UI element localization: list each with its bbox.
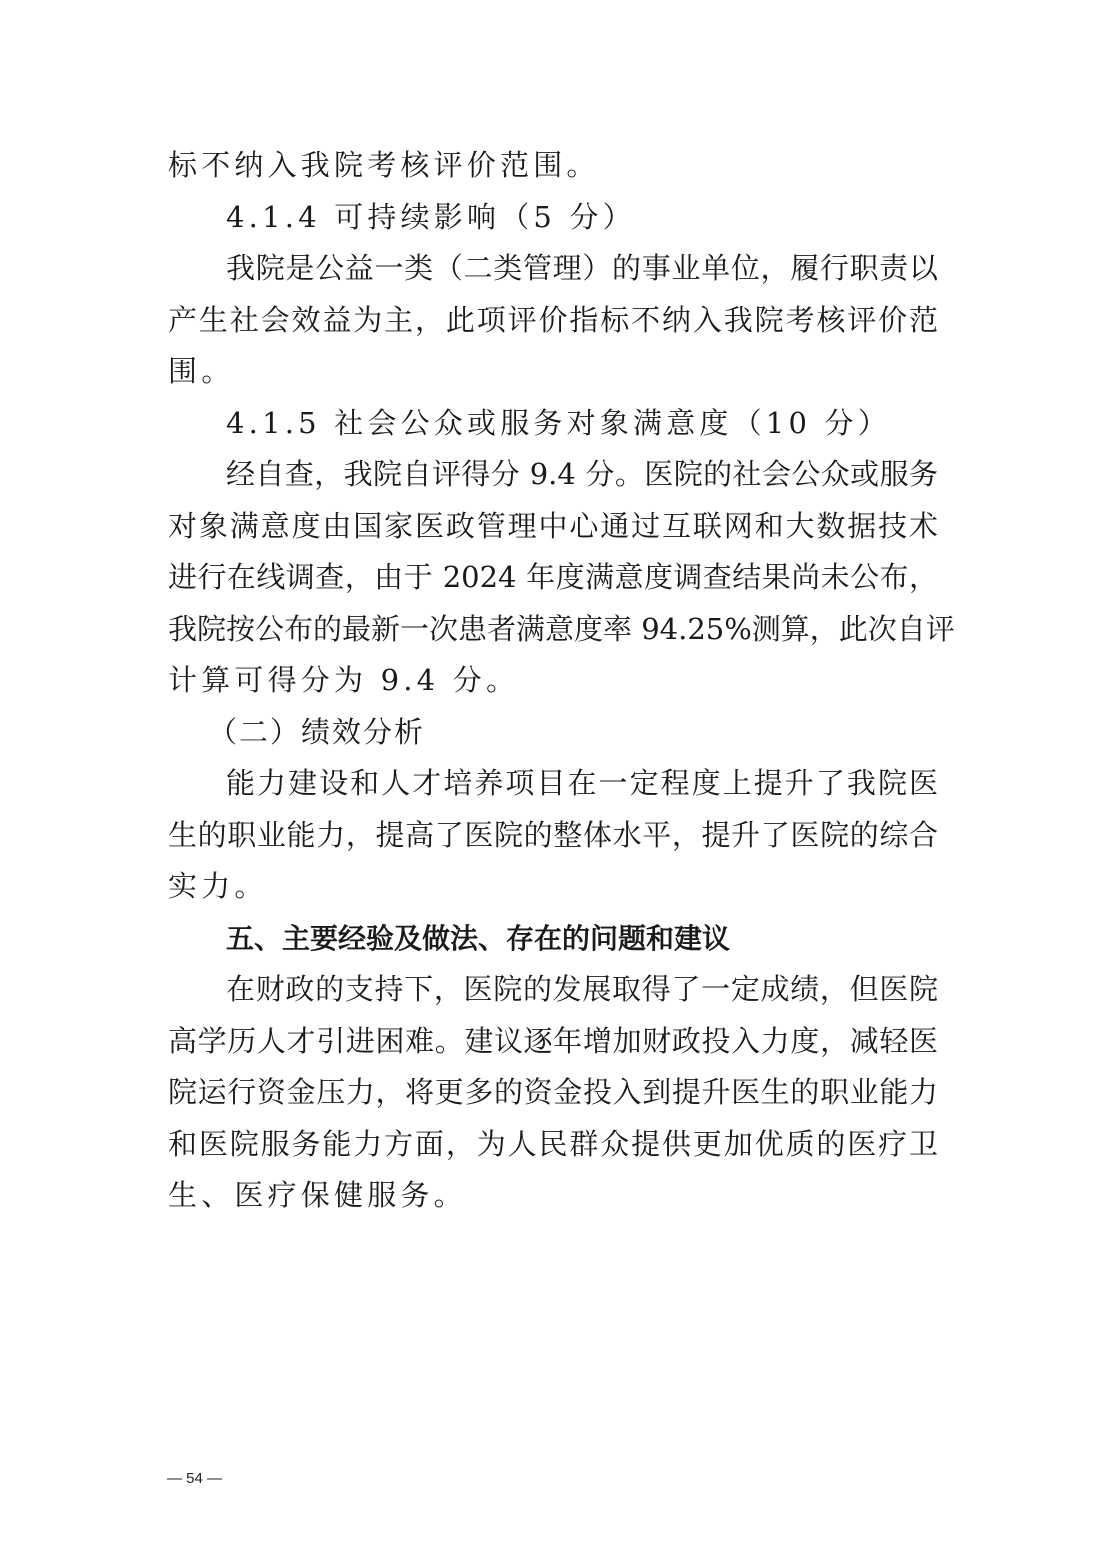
paragraph-line: 进行在线调查，由于 2024 年度满意度调查结果尚未公布， (168, 552, 938, 604)
paragraph-line: 高学历人才引进困难。建议逐年增加财政投入力度，减轻医 (168, 1016, 938, 1068)
paragraph-line: 围。 (168, 346, 938, 398)
paragraph-line: 院运行资金压力，将更多的资金投入到提升医生的职业能力 (168, 1067, 938, 1119)
paragraph-line: 在财政的支持下，医院的发展取得了一定成绩，但医院 (168, 964, 938, 1016)
subsection-heading-performance-analysis: （二）绩效分析 (168, 707, 938, 759)
paragraph-line: 标不纳入我院考核评价范围。 (168, 140, 938, 192)
document-page: 标不纳入我院考核评价范围。 4.1.4 可持续影响（5 分） 我院是公益一类（二… (168, 140, 938, 1222)
section-heading-4-1-4: 4.1.4 可持续影响（5 分） (168, 192, 938, 244)
paragraph-line: 经自查，我院自评得分 9.4 分。医院的社会公众或服务 (168, 449, 938, 501)
paragraph-line: 对象满意度由国家医政管理中心通过互联网和大数据技术 (168, 501, 938, 553)
section-heading-4-1-5: 4.1.5 社会公众或服务对象满意度（10 分） (168, 398, 938, 450)
paragraph-line: 我院是公益一类（二类管理）的事业单位，履行职责以 (168, 243, 938, 295)
section-heading-five: 五、主要经验及做法、存在的问题和建议 (168, 913, 938, 965)
paragraph-line: 能力建设和人才培养项目在一定程度上提升了我院医 (168, 758, 938, 810)
paragraph-line: 我院按公布的最新一次患者满意度率 94.25%测算，此次自评 (168, 604, 938, 656)
paragraph-line: 计算可得分为 9.4 分。 (168, 655, 938, 707)
paragraph-line: 生、医疗保健服务。 (168, 1170, 938, 1222)
paragraph-line: 生的职业能力，提高了医院的整体水平，提升了医院的综合 (168, 810, 938, 862)
paragraph-line: 和医院服务能力方面，为人民群众提供更加优质的医疗卫 (168, 1119, 938, 1171)
paragraph-line: 产生社会效益为主，此项评价指标不纳入我院考核评价范 (168, 295, 938, 347)
paragraph-line: 实力。 (168, 861, 938, 913)
page-number: — 54 — (167, 1470, 222, 1487)
